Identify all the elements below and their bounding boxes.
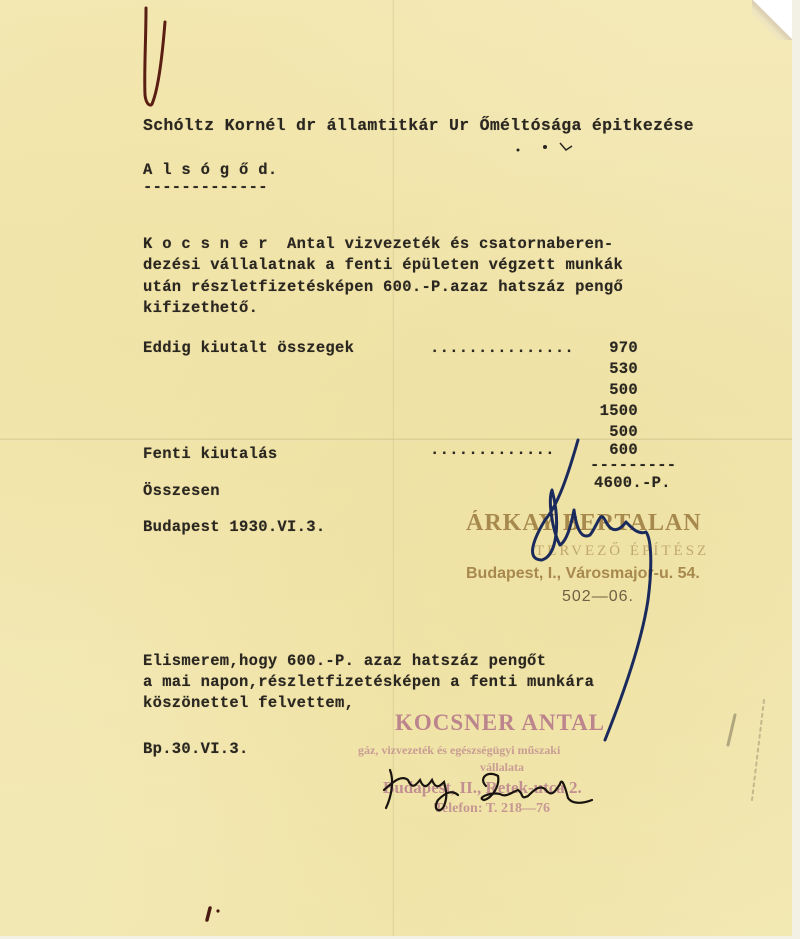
current-payment-label: Fenti kiutalás bbox=[143, 445, 277, 463]
fold-crease-horizontal bbox=[0, 438, 792, 441]
payment-amount: 970 bbox=[570, 339, 638, 357]
contractor-stamp-line2: vállalata bbox=[480, 760, 524, 775]
current-payment-leader: ............. bbox=[430, 441, 555, 459]
architect-stamp-title: TERVEZŐ ÉPÍTÉSZ bbox=[535, 543, 709, 560]
architect-stamp-name: ÁRKAY BERTALAN bbox=[466, 510, 702, 537]
body-line-2: dezési vállalatnak a fenti épületen végz… bbox=[143, 256, 623, 274]
payment-amount: 1500 bbox=[570, 402, 638, 420]
total-label: Összesen bbox=[143, 482, 220, 500]
payment-amount: 530 bbox=[570, 360, 638, 378]
receipt-line-1: Elismerem,hogy 600.-P. azaz hatszáz peng… bbox=[143, 652, 546, 670]
payment-amount: 500 bbox=[570, 423, 638, 441]
date-place: Budapest 1930.VI.3. bbox=[143, 518, 325, 536]
header-title: Schóltz Kornél dr államtitkár Ur Őméltós… bbox=[143, 116, 694, 135]
contractor-stamp-line1: gáz, vizvezeték és egészségügyi műszaki bbox=[358, 743, 560, 758]
body-line-3: után részletfizetésképen 600.-P.azaz hat… bbox=[143, 278, 623, 296]
architect-stamp-phone: 502—06. bbox=[562, 588, 634, 606]
body-line-1: K o c s n e r Antal vizvezeték és csator… bbox=[143, 235, 613, 253]
receipt-line-3: köszönettel felvettem, bbox=[143, 694, 354, 712]
previous-payments-label: Eddig kiutalt összegek bbox=[143, 339, 354, 357]
folded-corner bbox=[752, 0, 792, 40]
contractor-stamp-address: Budapest, II., Retek-utca 2. bbox=[383, 778, 582, 798]
previous-payments-leader: ............... bbox=[430, 339, 574, 357]
header-location: A l s ó g ő d. bbox=[143, 161, 277, 179]
document-page: Schóltz Kornél dr államtitkár Ur Őméltós… bbox=[0, 0, 792, 936]
contractor-stamp-name: KOCSNER ANTAL bbox=[395, 710, 605, 736]
receipt-line-2: a mai napon,részletfizetésképen a fenti … bbox=[143, 673, 594, 691]
contractor-stamp-phone: Telefon: T. 218—76 bbox=[434, 801, 550, 817]
total-amount: 4600.-P. bbox=[594, 474, 671, 492]
body-line-4: kifizethető. bbox=[143, 299, 258, 317]
architect-stamp-address: Budapest, I., Városmajor-u. 54. bbox=[466, 565, 700, 583]
payment-amount: 500 bbox=[570, 381, 638, 399]
header-underline: ------------- bbox=[143, 178, 268, 196]
sum-divider: --------- bbox=[590, 456, 676, 474]
receipt-date: Bp.30.VI.3. bbox=[143, 740, 249, 758]
